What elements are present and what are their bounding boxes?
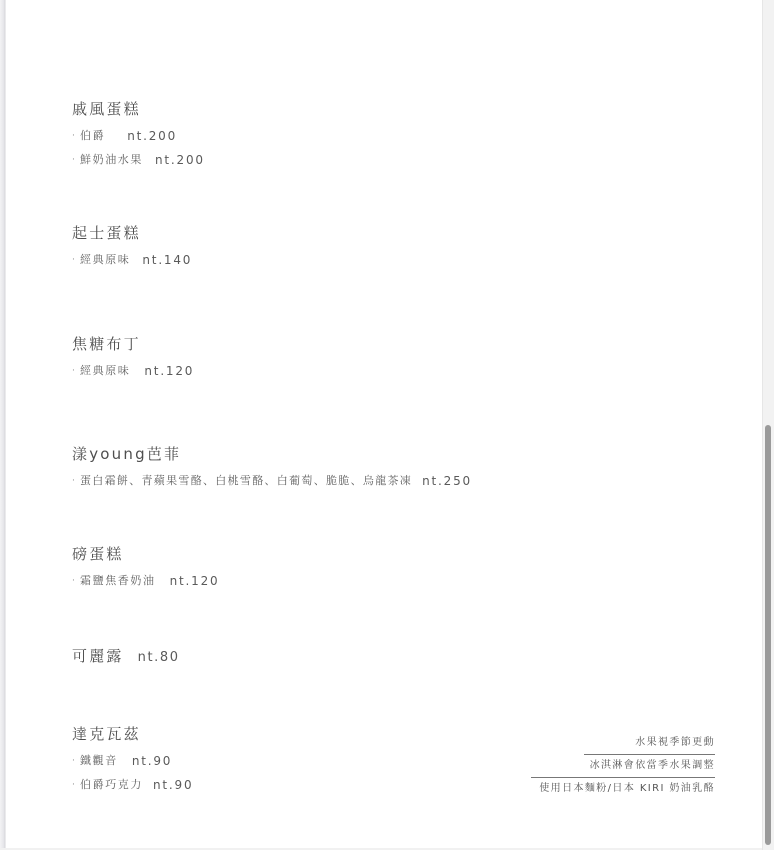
bullet-icon: ·	[72, 148, 79, 172]
note-divider	[531, 777, 715, 778]
menu-section-cheesecake: 起士蛋糕 · 經典原味 nt.140	[72, 222, 192, 272]
page-left-edge	[0, 0, 6, 850]
item-name: 鐵觀音	[80, 749, 118, 773]
section-title: 漾young芭菲	[72, 443, 472, 465]
item-name: 蛋白霜餅、青蘋果雪酪、白桃雪酪、白葡萄、脆脆、烏龍茶凍	[80, 469, 412, 493]
item-price: nt.200	[127, 124, 177, 148]
note-ice-cream: 冰淇淋會依當季水果調整	[531, 757, 715, 777]
scrollbar-thumb[interactable]	[765, 425, 771, 845]
bullet-icon: ·	[72, 469, 79, 493]
item-name: 經典原味	[80, 359, 130, 383]
item-name: 伯爵巧克力	[80, 773, 143, 797]
item-name: 霜鹽焦香奶油	[80, 569, 156, 593]
menu-section-caramel-pudding: 焦糖布丁 · 經典原味 nt.120	[72, 333, 194, 383]
menu-section-chiffon-cake: 戚風蛋糕 · 伯爵 nt.200 · 鮮奶油水果 nt.200	[72, 98, 205, 172]
menu-section-parfait: 漾young芭菲 · 蛋白霜餅、青蘋果雪酪、白桃雪酪、白葡萄、脆脆、烏龍茶凍 n…	[72, 443, 472, 493]
item-price: nt.250	[422, 469, 472, 493]
menu-section-pound-cake: 磅蛋糕 · 霜鹽焦香奶油 nt.120	[72, 543, 219, 593]
section-title: 可麗露nt.80	[72, 645, 180, 667]
scrollbar-track[interactable]	[762, 0, 774, 850]
section-title: 戚風蛋糕	[72, 98, 205, 120]
item-name: 鮮奶油水果	[80, 148, 143, 172]
menu-item: · 伯爵 nt.200	[72, 124, 205, 148]
menu-item: · 伯爵巧克力 nt.90	[72, 773, 193, 797]
section-price: nt.80	[138, 650, 180, 665]
menu-section-canele: 可麗露nt.80	[72, 645, 180, 667]
menu-item: · 經典原味 nt.140	[72, 248, 192, 272]
item-price: nt.140	[142, 248, 192, 272]
item-price: nt.90	[153, 773, 193, 797]
section-title: 達克瓦茲	[72, 723, 193, 745]
note-seasonal-fruit: 水果視季節更動	[531, 734, 715, 754]
note-divider	[584, 754, 715, 755]
bullet-icon: ·	[72, 569, 79, 593]
menu-notes: 水果視季節更動 冰淇淋會依當季水果調整 使用日本麵粉/日本 KIRI 奶油乳酪	[531, 734, 715, 800]
bullet-icon: ·	[72, 749, 79, 773]
item-name: 伯爵	[80, 124, 105, 148]
bullet-icon: ·	[72, 359, 79, 383]
item-price: nt.120	[170, 569, 220, 593]
bullet-icon: ·	[72, 124, 79, 148]
menu-item: · 蛋白霜餅、青蘋果雪酪、白桃雪酪、白葡萄、脆脆、烏龍茶凍 nt.250	[72, 469, 472, 493]
section-title-text: 可麗露	[72, 647, 124, 665]
item-price: nt.200	[155, 148, 205, 172]
menu-item: · 鮮奶油水果 nt.200	[72, 148, 205, 172]
menu-item: · 霜鹽焦香奶油 nt.120	[72, 569, 219, 593]
item-price: nt.120	[144, 359, 194, 383]
menu-section-dacquoise: 達克瓦茲 · 鐵觀音 nt.90 · 伯爵巧克力 nt.90	[72, 723, 193, 797]
section-title: 磅蛋糕	[72, 543, 219, 565]
section-title: 起士蛋糕	[72, 222, 192, 244]
bullet-icon: ·	[72, 248, 79, 272]
bullet-icon: ·	[72, 773, 79, 797]
menu-item: · 經典原味 nt.120	[72, 359, 194, 383]
item-name: 經典原味	[80, 248, 130, 272]
note-ingredients: 使用日本麵粉/日本 KIRI 奶油乳酪	[531, 780, 715, 800]
item-price: nt.90	[132, 749, 172, 773]
section-title: 焦糖布丁	[72, 333, 194, 355]
menu-item: · 鐵觀音 nt.90	[72, 749, 193, 773]
